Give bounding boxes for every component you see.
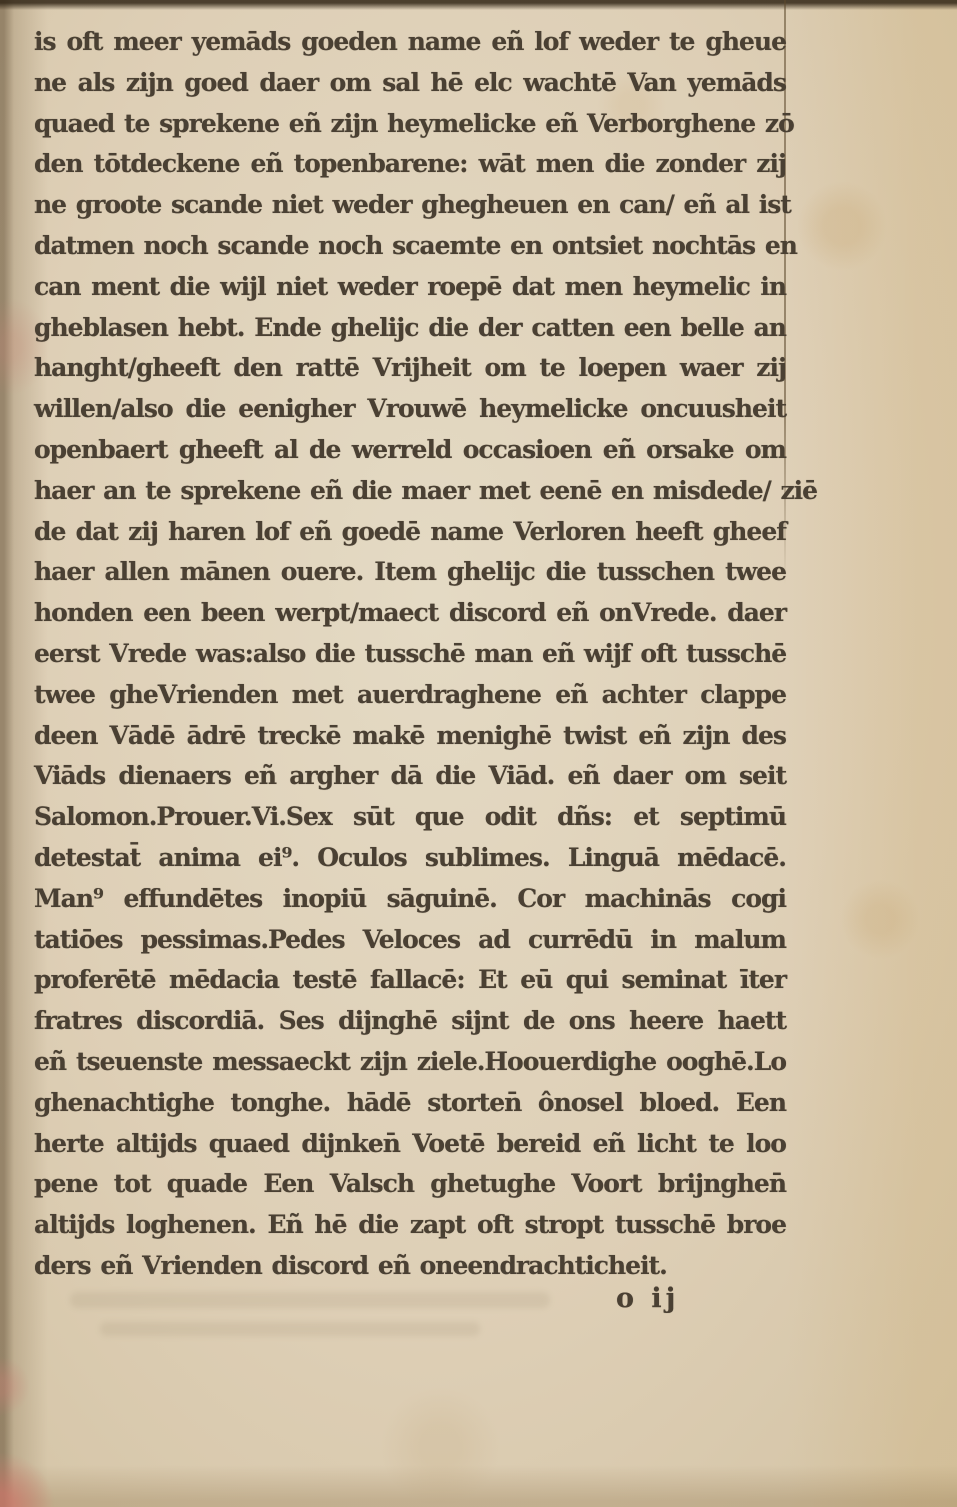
text-line: is oft meer yemāds goeden name eñ lof we… [34, 22, 786, 63]
text-line: herte altijds quaed dijnken̄ Voetē berei… [34, 1124, 786, 1165]
text-line: ghenachtighe tonghe. hādē storten̄ ônose… [34, 1083, 786, 1124]
text-line: Salomon.Prouer.Vi.Sex sūt que odit dñs: … [34, 797, 786, 838]
text-line: willen/also die eenigher Vrouwē heymelic… [34, 389, 786, 430]
text-line: ne groote scande niet weder ghegheuen en… [34, 185, 786, 226]
verso-showthrough [100, 1322, 480, 1336]
text-line: openbaert gheeft al de werreld occasioen… [34, 430, 786, 471]
text-line: tatiōes pessimas.Pedes Veloces ad currēd… [34, 920, 786, 961]
text-line: deen Vādē ādrē treckē makē menighē twist… [34, 716, 786, 757]
text-line: datmen noch scande noch scaemte en ontsi… [34, 226, 786, 267]
text-line: eñ tseuenste messaeckt zijn ziele.Hoouer… [34, 1042, 786, 1083]
text-line: honden een been werpt/maect discord eñ o… [34, 593, 786, 634]
text-line: haer allen mānen ouere. Item ghelijc die… [34, 552, 786, 593]
text-line: quaed te sprekene eñ zijn heymelicke eñ … [34, 104, 786, 145]
text-line: haer an te sprekene eñ die maer met eenē… [34, 471, 786, 512]
text-line: hanght/gheeft den rattē Vrijheit om te l… [34, 348, 786, 389]
text-line: twee gheVrienden met auerdraghene eñ ach… [34, 675, 786, 716]
verso-showthrough [70, 1292, 550, 1308]
text-line: can ment die wijl niet weder roepē dat m… [34, 267, 786, 308]
text-line: Man⁹ effundētes inopiū sāguinē. Cor mach… [34, 879, 786, 920]
text-block: is oft meer yemāds goeden name eñ lof we… [34, 22, 786, 1287]
text-line: Viāds dienaers eñ argher dā die Viād. eñ… [34, 756, 786, 797]
text-line: ders eñ Vrienden discord eñ oneendrachti… [34, 1246, 786, 1287]
text-line: fratres discordiā. Ses dijnghē sijnt de … [34, 1001, 786, 1042]
text-line: detestat̄ anima ei⁹. Oculos sublimes. Li… [34, 838, 786, 879]
signature-mark: o ij [616, 1283, 679, 1314]
text-line: pene tot quade Een Valsch ghetughe Voort… [34, 1164, 786, 1205]
text-line: den tōtdeckene eñ topenbarene: wāt men d… [34, 144, 786, 185]
text-line: gheblasen hebt. Ende ghelijc die der cat… [34, 308, 786, 349]
text-line: altijds loghenen. Eñ hē die zapt oft str… [34, 1205, 786, 1246]
text-line: de dat zij haren lof eñ goedē name Verlo… [34, 512, 786, 553]
text-line: eerst Vrede was:also die tusschē man eñ … [34, 634, 786, 675]
text-line: ne als zijn goed daer om sal hē elc wach… [34, 63, 786, 104]
book-page: is oft meer yemāds goeden name eñ lof we… [0, 0, 957, 1507]
text-line: proferētē mēdacia testē fallacē: Et eū q… [34, 960, 786, 1001]
